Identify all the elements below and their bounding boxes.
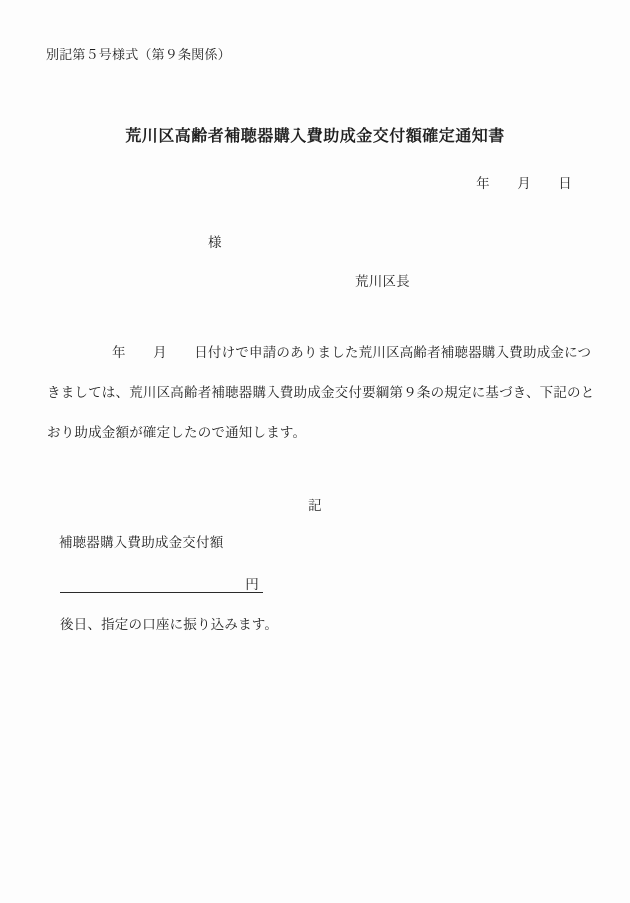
record-heading: 記 — [0, 498, 630, 514]
body-paragraph-line-3: おり助成金額が確定したので通知します。 — [47, 425, 306, 441]
closing-note: 後日、指定の口座に振り込みます。 — [60, 617, 278, 633]
document-page: 別記第５号様式（第９条関係） 荒川区高齢者補聴器購入費助成金交付額確定通知書 年… — [0, 0, 630, 903]
amount-unit-label: 円 — [245, 577, 259, 593]
document-title: 荒川区高齢者補聴器購入費助成金交付額確定通知書 — [0, 126, 630, 145]
body-paragraph-line-1: 年 月 日付けで申請のありました荒川区高齢者補聴器購入費助成金につ — [47, 345, 591, 361]
addressee-honorific: 様 — [208, 235, 222, 251]
grant-amount-label: 補聴器購入費助成金交付額 — [59, 535, 223, 551]
form-number: 別記第５号様式（第９条関係） — [46, 48, 231, 64]
grant-amount-blank-line: 円 — [60, 577, 263, 593]
sender-name: 荒川区長 — [355, 274, 410, 290]
issue-date-line: 年 月 日 — [476, 176, 572, 192]
body-paragraph-line-2: きましては、荒川区高齢者補聴器購入費助成金交付要綱第９条の規定に基づき、下記のと — [47, 385, 594, 401]
